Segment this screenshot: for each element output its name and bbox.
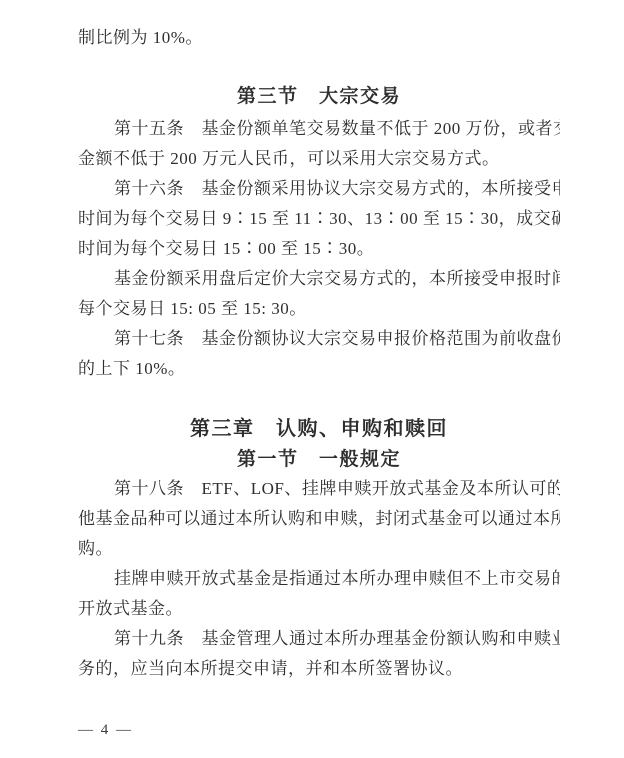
heading-line: 第三节 大宗交易	[78, 80, 560, 114]
text-line: 制比例为 10%。	[78, 23, 560, 53]
text-line: 第十七条 基金份额协议大宗交易申报价格范围为前收盘价	[78, 324, 560, 354]
text-line: 的上下 10%。	[78, 354, 560, 384]
text-line: 务的，应当向本所提交申请，并和本所签署协议。	[78, 654, 560, 684]
text-line: 挂牌申赎开放式基金是指通过本所办理申赎但不上市交易的	[78, 564, 560, 594]
heading-line: 第一节 一般规定	[78, 446, 560, 474]
text-line: 时间为每个交易日 9∶15 至 11∶30、13∶00 至 15∶30，成交确认	[78, 204, 560, 234]
page-number: — 4 —	[78, 716, 133, 744]
text-line: 开放式基金。	[78, 594, 560, 624]
text-line: 第十六条 基金份额采用协议大宗交易方式的，本所接受申报	[78, 174, 560, 204]
document-page: 制比例为 10%。第三节 大宗交易第十五条 基金份额单笔交易数量不低于 200 …	[0, 0, 624, 758]
heading-line: 第三章 认购、申购和赎回	[78, 412, 560, 446]
text-line: 时间为每个交易日 15∶00 至 15∶30。	[78, 234, 560, 264]
text-line: 金额不低于 200 万元人民币，可以采用大宗交易方式。	[78, 144, 560, 174]
text-line: 每个交易日 15: 05 至 15: 30。	[78, 294, 560, 324]
text-line: 第十九条 基金管理人通过本所办理基金份额认购和申赎业	[78, 624, 560, 654]
text-line: 他基金品种可以通过本所认购和申赎，封闭式基金可以通过本所认	[78, 504, 560, 534]
text-line: 第十五条 基金份额单笔交易数量不低于 200 万份，或者交易	[78, 114, 560, 144]
text-line: 基金份额采用盘后定价大宗交易方式的，本所接受申报时间为	[78, 264, 560, 294]
text-line: 第十八条 ETF、LOF、挂牌申赎开放式基金及本所认可的其	[78, 474, 560, 504]
text-line: 购。	[78, 534, 560, 564]
document-body: 制比例为 10%。第三节 大宗交易第十五条 基金份额单笔交易数量不低于 200 …	[0, 0, 624, 684]
